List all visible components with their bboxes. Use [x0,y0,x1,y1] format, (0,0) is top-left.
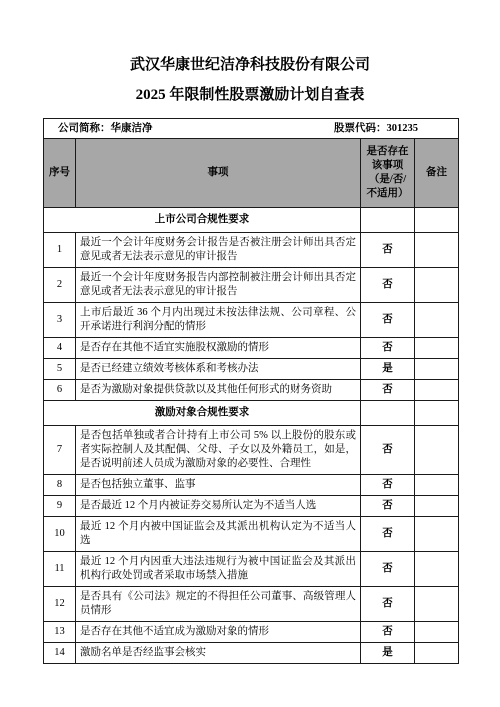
remark-cell [415,643,459,664]
item-text-cell: 最近 12 个月内被中国证监会及其派出机构认定为不适当人选 [76,517,361,552]
item-text-cell: 最近一个会计年度财务会计报告是否被注册会计师出具否定意见或者无法表示意见的审计报… [76,233,361,268]
item-no-cell: 2 [44,268,76,303]
remark-cell [415,496,459,517]
remark-cell [415,380,459,401]
remark-cell [415,401,459,426]
item-no-cell: 11 [44,552,76,587]
item-no-cell: 4 [44,338,76,359]
exists-cell: 否 [361,303,415,338]
item-no-cell: 10 [44,517,76,552]
item-row: 1 最近一个会计年度财务会计报告是否被注册会计师出具否定意见或者无法表示意见的审… [44,233,459,268]
exists-cell: 否 [361,496,415,517]
col-header-exists: 是否存在 该事项 （是/否/ 不适用） [361,139,415,208]
exists-cell: 否 [361,233,415,268]
exists-cell: 是 [361,643,415,664]
item-no-cell: 3 [44,303,76,338]
remark-cell [415,552,459,587]
exists-cell: 否 [361,380,415,401]
item-text-cell: 是否最近 12 个月内被证券交易所认定为不适当人选 [76,496,361,517]
column-header-row: 序号 事项 是否存在 该事项 （是/否/ 不适用） 备注 [44,139,459,208]
item-no-cell: 5 [44,359,76,380]
item-no-cell: 6 [44,380,76,401]
item-text-cell: 是否包括单独或者合计持有上市公司 5% 以上股份的股东或者实际控制人及其配偶、父… [76,426,361,475]
item-text-cell: 上市后最近 36 个月内出现过未按法律法规、公司章程、公开承诺进行利润分配的情形 [76,303,361,338]
item-text-cell: 是否已经建立绩效考核体系和考核办法 [76,359,361,380]
exists-cell: 否 [361,338,415,359]
remark-cell [415,208,459,233]
exists-cell [361,208,415,233]
section-title: 上市公司合规性要求 [44,208,361,233]
remark-cell [415,426,459,475]
remark-cell [415,268,459,303]
section-title: 激励对象合规性要求 [44,401,361,426]
remark-cell [415,587,459,622]
section-row: 上市公司合规性要求 [44,208,459,233]
exists-cell: 否 [361,622,415,643]
section-row: 激励对象合规性要求 [44,401,459,426]
company-abbr: 公司简称：华康洁净 [58,122,153,136]
checklist-table: 公司简称：华康洁净 股票代码：301235 序号 事项 是否存在 该事项 （是/… [43,118,459,664]
item-no-cell: 14 [44,643,76,664]
item-row: 10 最近 12 个月内被中国证监会及其派出机构认定为不适当人选 否 [44,517,459,552]
info-row: 公司简称：华康洁净 股票代码：301235 [44,119,459,139]
item-row: 3 上市后最近 36 个月内出现过未按法律法规、公司章程、公开承诺进行利润分配的… [44,303,459,338]
exists-cell: 否 [361,426,415,475]
info-cell: 公司简称：华康洁净 股票代码：301235 [44,119,459,139]
remark-cell [415,359,459,380]
item-no-cell: 13 [44,622,76,643]
item-row: 14 激励名单是否经监事会核实 是 [44,643,459,664]
item-row: 5 是否已经建立绩效考核体系和考核办法 是 [44,359,459,380]
item-row: 6 是否为激励对象提供贷款以及其他任何形式的财务资助 否 [44,380,459,401]
col-header-item: 事项 [76,139,361,208]
item-text-cell: 是否存在其他不适宜实施股权激励的情形 [76,338,361,359]
col-header-index: 序号 [44,139,76,208]
item-text-cell: 是否为激励对象提供贷款以及其他任何形式的财务资助 [76,380,361,401]
checklist-body: 公司简称：华康洁净 股票代码：301235 序号 事项 是否存在 该事项 （是/… [44,119,459,664]
exists-cell: 是 [361,359,415,380]
item-text-cell: 是否包括独立董事、监事 [76,475,361,496]
remark-cell [415,622,459,643]
stock-code: 股票代码：301235 [334,122,418,136]
exists-cell: 否 [361,268,415,303]
doc-subtitle: 2025 年限制性股票激励计划自查表 [0,87,500,104]
item-text-cell: 最近一个会计年度财务报告内部控制被注册会计师出具否定意见或者无法表示意见的审计报… [76,268,361,303]
item-row: 2 最近一个会计年度财务报告内部控制被注册会计师出具否定意见或者无法表示意见的审… [44,268,459,303]
remark-cell [415,303,459,338]
item-no-cell: 1 [44,233,76,268]
item-row: 4 是否存在其他不适宜实施股权激励的情形 否 [44,338,459,359]
item-row: 8 是否包括独立董事、监事 否 [44,475,459,496]
remark-cell [415,338,459,359]
exists-cell: 否 [361,475,415,496]
doc-title: 武汉华康世纪洁净科技股份有限公司 [0,57,500,74]
item-no-cell: 8 [44,475,76,496]
item-no-cell: 12 [44,587,76,622]
item-no-cell: 9 [44,496,76,517]
item-row: 11 最近 12 个月内因重大违法违规行为被中国证监会及其派出机构行政处罚或者采… [44,552,459,587]
remark-cell [415,475,459,496]
exists-cell [361,401,415,426]
item-text-cell: 激励名单是否经监事会核实 [76,643,361,664]
exists-cell: 否 [361,552,415,587]
remark-cell [415,517,459,552]
exists-cell: 否 [361,587,415,622]
item-no-cell: 7 [44,426,76,475]
item-row: 7 是否包括单独或者合计持有上市公司 5% 以上股份的股东或者实际控制人及其配偶… [44,426,459,475]
item-text-cell: 是否存在其他不适宜成为激励对象的情形 [76,622,361,643]
remark-cell [415,233,459,268]
document-page: 武汉华康世纪洁净科技股份有限公司 2025 年限制性股票激励计划自查表 公司简称… [0,0,500,707]
item-row: 9 是否最近 12 个月内被证券交易所认定为不适当人选 否 [44,496,459,517]
col-header-remark: 备注 [415,139,459,208]
item-row: 12 是否具有《公司法》规定的不得担任公司董事、高级管理人员情形 否 [44,587,459,622]
item-text-cell: 是否具有《公司法》规定的不得担任公司董事、高级管理人员情形 [76,587,361,622]
item-row: 13 是否存在其他不适宜成为激励对象的情形 否 [44,622,459,643]
item-text-cell: 最近 12 个月内因重大违法违规行为被中国证监会及其派出机构行政处罚或者采取市场… [76,552,361,587]
exists-cell: 否 [361,517,415,552]
